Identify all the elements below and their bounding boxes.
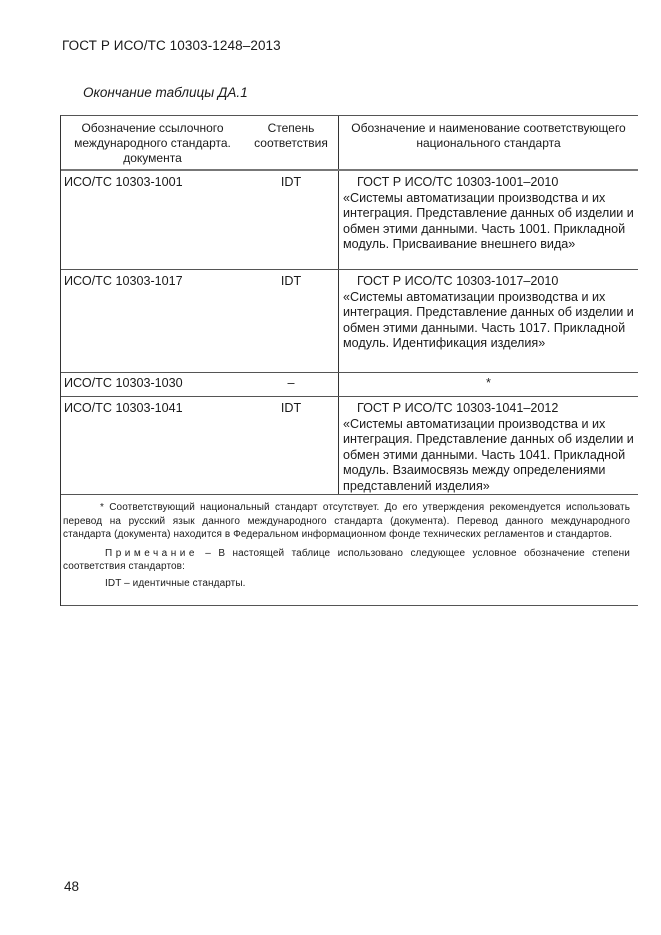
note-label: Примечание [105, 548, 198, 559]
column-header-reference: Обозначение ссылочного международного ст… [61, 116, 244, 169]
table-row: ИСО/ТС 10303-1030 – * [61, 373, 638, 397]
column-header-national: Обозначение и наименование соответствующ… [338, 116, 638, 169]
national-standard: ГОСТ Р ИСО/ТС 10303-1017–2010 «Системы а… [338, 270, 638, 372]
table-row: ИСО/ТС 10303-1041 IDT ГОСТ Р ИСО/ТС 1030… [61, 397, 638, 495]
national-standard-code: ГОСТ Р ИСО/ТС 10303-1017–2010 [343, 274, 634, 290]
column-header-degree: Степень соответствия [244, 116, 338, 169]
footnote-marker: * [343, 376, 634, 392]
footnote-text: * Соответствующий национальный стандарт … [63, 501, 630, 542]
table-header-row: Обозначение ссылочного международного ст… [61, 116, 638, 171]
reference-standard: ИСО/ТС 10303-1041 [61, 397, 244, 494]
page-number: 48 [64, 879, 79, 894]
table-row: ИСО/ТС 10303-1017 IDT ГОСТ Р ИСО/ТС 1030… [61, 270, 638, 373]
national-standard-title: «Системы автоматизации производства и их… [343, 417, 634, 493]
table-caption: Окончание таблицы ДА.1 [83, 85, 248, 100]
national-standard: ГОСТ Р ИСО/ТС 10303-1001–2010 «Системы а… [338, 171, 638, 269]
national-standard-code: ГОСТ Р ИСО/ТС 10303-1001–2010 [343, 175, 634, 191]
reference-standard: ИСО/ТС 10303-1001 [61, 171, 244, 269]
note-idt-definition: IDT – идентичные стандарты. [63, 577, 630, 591]
table-row: ИСО/ТС 10303-1001 IDT ГОСТ Р ИСО/ТС 1030… [61, 171, 638, 270]
degree-of-conformity: – [244, 373, 338, 396]
note-paragraph: Примечание – В настоящей таблице использ… [63, 547, 630, 574]
degree-of-conformity: IDT [244, 397, 338, 494]
document-header: ГОСТ Р ИСО/ТС 10303-1248–2013 [62, 38, 281, 53]
reference-standards-table: Обозначение ссылочного международного ст… [60, 115, 638, 606]
degree-of-conformity: IDT [244, 171, 338, 269]
national-standard: ГОСТ Р ИСО/ТС 10303-1041–2012 «Системы а… [338, 397, 638, 494]
national-standard-code: ГОСТ Р ИСО/ТС 10303-1041–2012 [343, 401, 634, 417]
degree-of-conformity: IDT [244, 270, 338, 372]
national-standard-title: «Системы автоматизации производства и их… [343, 290, 634, 351]
national-standard: * [338, 373, 638, 396]
national-standard-title: «Системы автоматизации производства и их… [343, 191, 634, 252]
reference-standard: ИСО/ТС 10303-1017 [61, 270, 244, 372]
reference-standard: ИСО/ТС 10303-1030 [61, 373, 244, 396]
table-notes: * Соответствующий национальный стандарт … [61, 495, 638, 606]
